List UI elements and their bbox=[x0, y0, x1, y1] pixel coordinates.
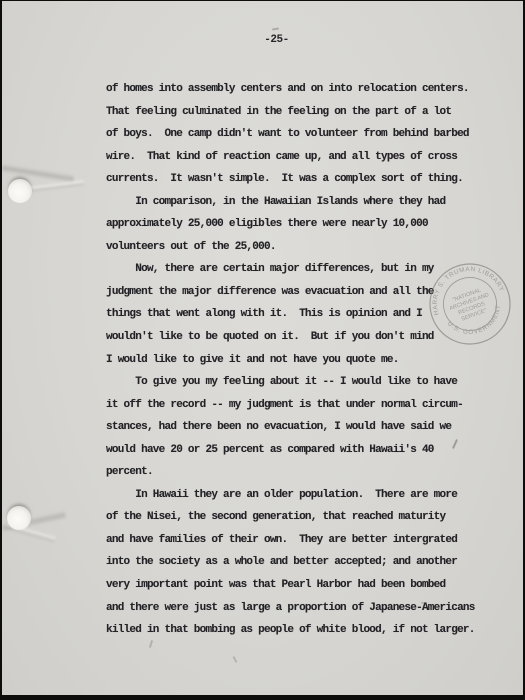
document-line: I would like to give it and not have you… bbox=[106, 349, 493, 372]
document-line: approximately 25,000 eligibles there wer… bbox=[106, 213, 493, 236]
document-line: stances, had there been no evacuation, I… bbox=[106, 416, 493, 439]
document-line: and there were just as large a proportio… bbox=[106, 597, 493, 620]
pen-mark bbox=[232, 656, 237, 663]
page-number: -25- bbox=[2, 34, 523, 46]
paper-crease bbox=[24, 179, 84, 193]
document-line: of the Nisei, the second generation, tha… bbox=[106, 506, 493, 529]
document-line: In comparison, in the Hawaiian Islands w… bbox=[106, 191, 493, 214]
punch-hole-top bbox=[8, 179, 32, 203]
document-line: it off the record -- my judgment is that… bbox=[106, 394, 493, 417]
document-line: of homes into assembly centers and on in… bbox=[106, 78, 493, 101]
document-line: of boys. One camp didn't want to volunte… bbox=[106, 123, 493, 146]
document-line: In Hawaii they are an older population. … bbox=[106, 484, 493, 507]
document-line: would have 20 or 25 percent as compared … bbox=[106, 439, 493, 462]
document-line: into the society as a whole and better a… bbox=[106, 551, 493, 574]
document-line: and have families of their own. They are… bbox=[106, 529, 493, 552]
document-line: To give you my feeling about it -- I wou… bbox=[106, 371, 493, 394]
scanned-document-screenshot: { "colors": { "paper": "#d8d7d3", "ink":… bbox=[0, 0, 525, 700]
document-line: wire. That kind of reaction came up, and… bbox=[106, 146, 493, 169]
document-line: currents. It wasn't simple. It was a com… bbox=[106, 168, 493, 191]
punch-hole-bottom bbox=[7, 506, 31, 530]
document-line: killed in that bombing as people of whit… bbox=[106, 619, 493, 642]
document-body: of homes into assembly centers and on in… bbox=[106, 78, 493, 642]
document-line: That feeling culminated in the feeling o… bbox=[106, 101, 493, 124]
page-scan: -25- of homes into assembly centers and … bbox=[2, 1, 523, 695]
document-line: percent. bbox=[106, 461, 493, 484]
document-line: very important point was that Pearl Harb… bbox=[106, 574, 493, 597]
document-line: volunteers out of the 25,000. bbox=[106, 236, 493, 259]
paper-speck bbox=[272, 28, 279, 31]
paper-speck bbox=[421, 602, 427, 604]
